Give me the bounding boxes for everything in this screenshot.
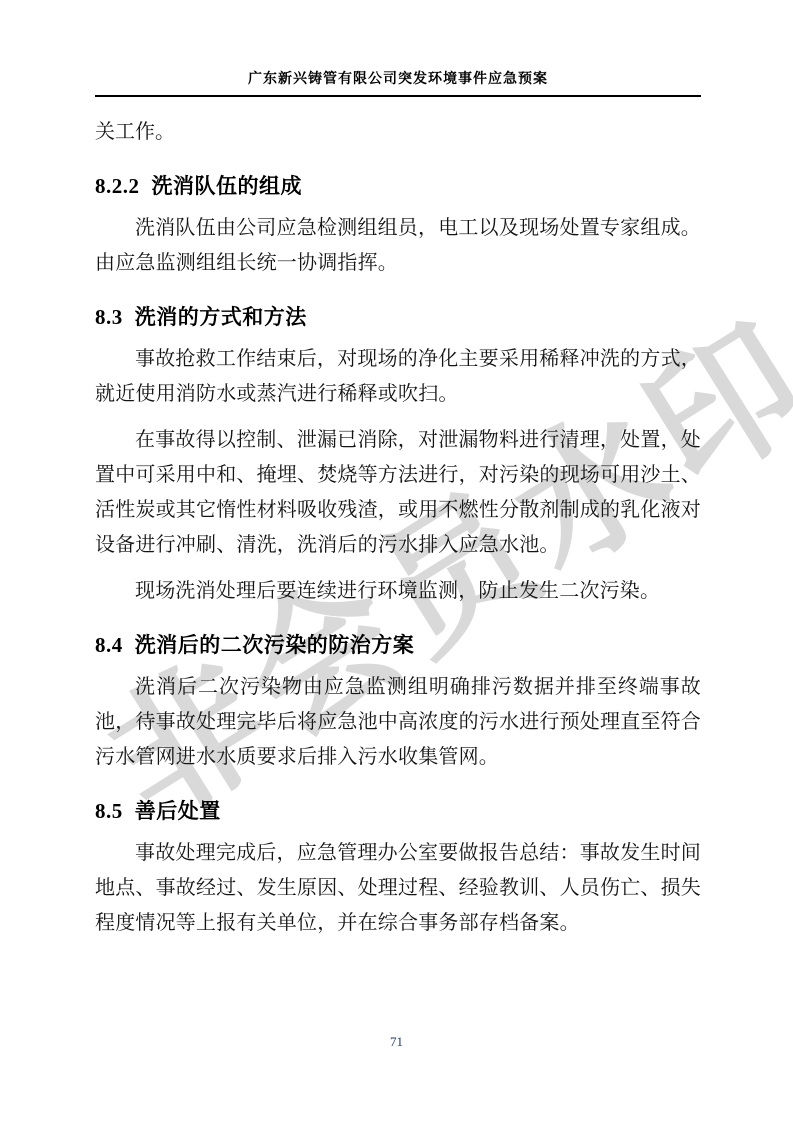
intro-continuation-text: 关工作。	[95, 115, 701, 150]
section-heading: 8.5善后处置	[95, 795, 701, 825]
paragraph: 在事故得以控制、泄漏已消除，对泄漏物料进行清理，处置，处置中可采用中和、掩埋、焚…	[95, 423, 701, 563]
page-header-title: 广东新兴铸管有限公司突发环境事件应急预案	[95, 68, 701, 97]
page-number: 71	[0, 1034, 793, 1050]
section-title: 洗消的方式和方法	[135, 306, 307, 329]
paragraph: 洗消队伍由公司应急检测组组员，电工以及现场处置专家组成。由应急监测组组长统一协调…	[95, 211, 701, 281]
paragraph: 现场洗消处理后要连续进行环境监测，防止发生二次污染。	[95, 574, 701, 609]
section-8-4: 8.4洗消后的二次污染的防治方案 洗消后二次污染物由应急监测组明确排污数据并排至…	[95, 629, 701, 775]
section-8-2-2: 8.2.2洗消队伍的组成 洗消队伍由公司应急检测组组员，电工以及现场处置专家组成…	[95, 170, 701, 281]
document-page: { "page": { "header_title": "广东新兴铸管有限公司突…	[0, 0, 793, 1122]
section-title: 洗消队伍的组成	[152, 175, 303, 198]
section-heading: 8.3洗消的方式和方法	[95, 301, 701, 331]
page-content: 广东新兴铸管有限公司突发环境事件应急预案 关工作。 8.2.2洗消队伍的组成 洗…	[95, 68, 701, 952]
section-number: 8.4	[95, 633, 123, 657]
paragraph: 洗消后二次污染物由应急监测组明确排污数据并排至终端事故池，待事故处理完毕后将应急…	[95, 670, 701, 775]
section-number: 8.3	[95, 305, 123, 329]
paragraph: 事故抢救工作结束后，对现场的净化主要采用稀释冲洗的方式，就近使用消防水或蒸汽进行…	[95, 342, 701, 412]
section-title: 洗消后的二次污染的防治方案	[135, 634, 415, 657]
section-heading: 8.4洗消后的二次污染的防治方案	[95, 629, 701, 659]
paragraph: 事故处理完成后，应急管理办公室要做报告总结：事故发生时间地点、事故经过、发生原因…	[95, 836, 701, 941]
section-8-3: 8.3洗消的方式和方法 事故抢救工作结束后，对现场的净化主要采用稀释冲洗的方式，…	[95, 301, 701, 609]
section-number: 8.2.2	[95, 174, 140, 198]
section-title: 善后处置	[135, 800, 221, 823]
section-heading: 8.2.2洗消队伍的组成	[95, 170, 701, 200]
section-number: 8.5	[95, 799, 123, 823]
section-8-5: 8.5善后处置 事故处理完成后，应急管理办公室要做报告总结：事故发生时间地点、事…	[95, 795, 701, 941]
